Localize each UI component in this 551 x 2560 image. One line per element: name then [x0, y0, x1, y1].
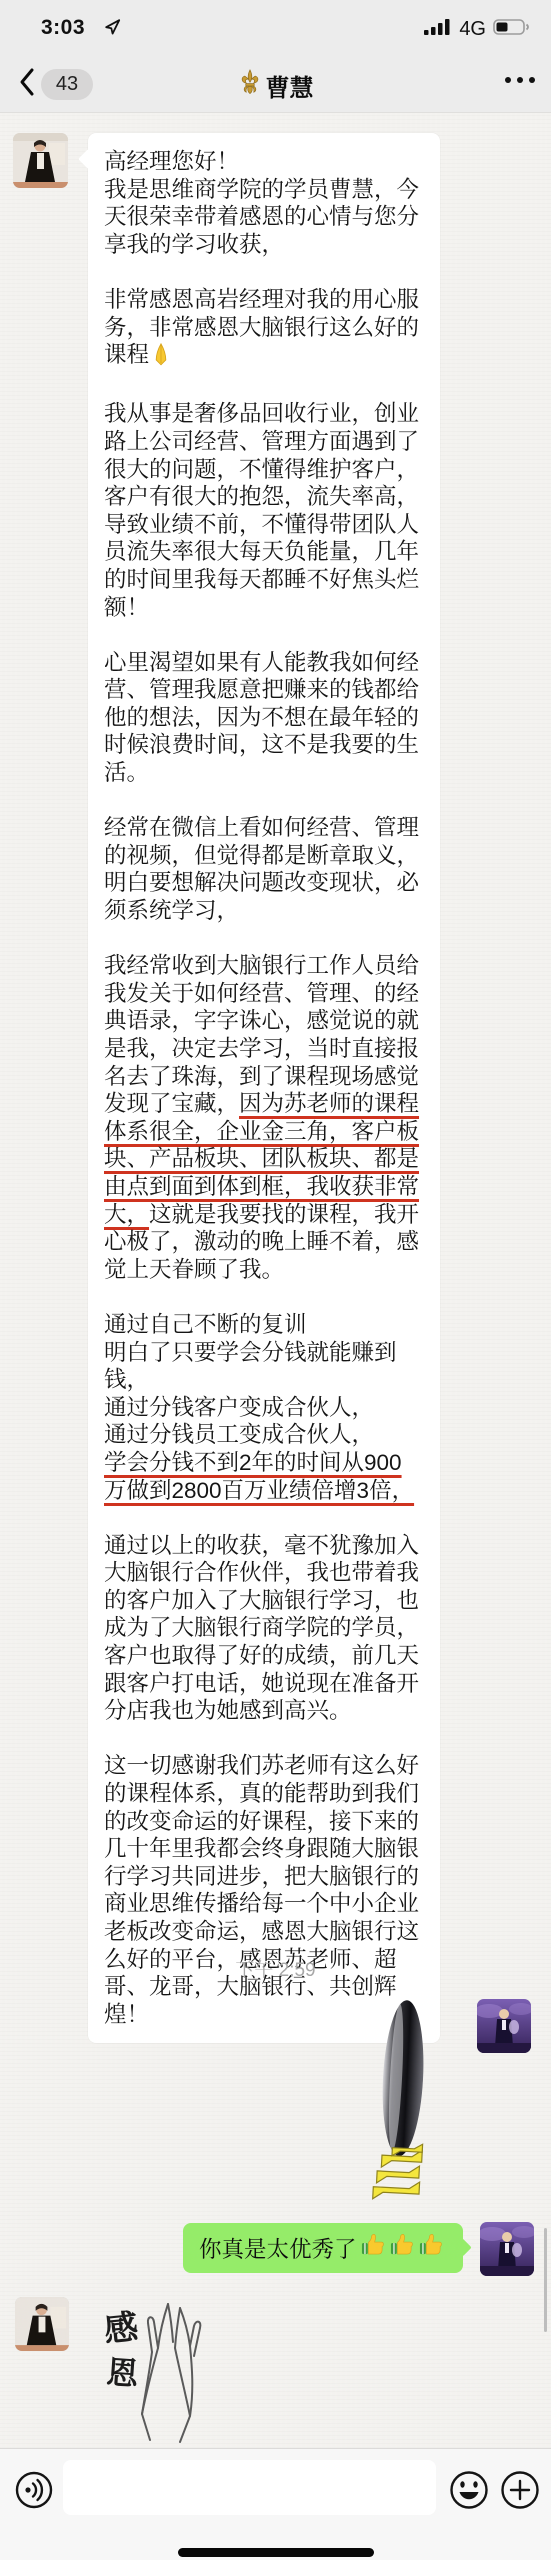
message-paragraph: 我经常收到大脑银行工作人员给我发关于如何经营、管理、的经典语录，字字诛心，感觉说…: [104, 952, 424, 1283]
contact-avatar[interactable]: [13, 133, 68, 188]
battery-icon: [493, 17, 533, 42]
thumbs-up-emoji: [418, 2232, 444, 2264]
message-paragraph: 通过以上的收获，毫不犹豫加入大脑银行合作伙伴，我也带着我的客户加入了大脑银行学习…: [104, 1532, 424, 1725]
status-bar: 3:03 4G: [0, 0, 551, 55]
message-paragraph: 心里渴望如果有人能教我如何经营、管理我愿意把赚来的钱都给他的想法，因为不想在最年…: [104, 649, 424, 787]
message-paragraph: 非常感恩高岩经理对我的用心服务，非常感恩大脑银行这么好的课程: [104, 286, 424, 373]
message-input[interactable]: [63, 2460, 436, 2515]
chat-area: 高经理您好！ 我是思维商学院的学员曹慧，今天很荣幸带着感恩的心情与您分享我的学习…: [0, 112, 551, 2448]
voice-button[interactable]: [14, 2470, 54, 2515]
self-avatar[interactable]: [480, 2222, 534, 2276]
pray-emoji: [149, 342, 173, 373]
location-arrow-icon: [104, 18, 122, 41]
message-paragraph: 高经理您好！ 我是思维商学院的学员曹慧，今天很荣幸带着感恩的心情与您分享我的学习…: [104, 148, 424, 258]
contact-avatar[interactable]: [15, 2297, 69, 2351]
sticker-calligraphy-char1: 感: [102, 2307, 140, 2350]
bubble-tail: [453, 2238, 471, 2256]
chat-title: 曹慧: [0, 68, 551, 103]
message-paragraph: 我从事是奢侈品回收行业，创业路上公司经营、管理方面遇到了很大的问题，不懂得维护客…: [104, 400, 424, 621]
input-bar: [0, 2448, 551, 2560]
incoming-message-bubble[interactable]: 高经理您好！ 我是思维商学院的学员曹慧，今天很荣幸带着感恩的心情与您分享我的学习…: [88, 133, 440, 2043]
emoji-icon[interactable]: [448, 2469, 490, 2516]
message-paragraph: 通过自己不断的复训 明白了只要学会分钱就能赚到钱， 通过分钱客户变成合伙人， 通…: [104, 1311, 424, 1504]
thumbs-up-emoji: [360, 2232, 386, 2264]
scrollbar-thumb[interactable]: [544, 2228, 547, 2332]
plus-button[interactable]: [499, 2469, 541, 2516]
home-indicator[interactable]: [178, 2548, 374, 2557]
time-separator: 下午 2:59: [0, 1955, 551, 1982]
red-underlined-text: 学会分钱不到2年的时间从900万做到2800百万业绩倍增3倍，: [104, 1450, 414, 1503]
outgoing-message-text: 你真是太优秀了: [199, 2232, 357, 2264]
outgoing-message-bubble[interactable]: 你真是太优秀了: [183, 2223, 463, 2273]
nav-bar: 43 曹慧: [0, 55, 551, 113]
svg-text:恩: 恩: [105, 2353, 141, 2393]
thumbs-up-emoji: [389, 2232, 415, 2264]
incoming-sticker-gratitude[interactable]: 感 恩: [90, 2298, 220, 2448]
self-avatar[interactable]: [477, 1999, 531, 2053]
wechat-chat-screen: 3:03 4G: [0, 0, 551, 2560]
bubble-tail: [78, 149, 98, 169]
message-paragraph: 经常在微信上看如何经营、管理的视频，但觉得都是断章取义，明白要想解决问题改变现状…: [104, 814, 424, 924]
message-paragraph: 这一切感谢我们苏老师有这么好的课程体系，真的能帮助到我们的改变命运的好课程，接下…: [104, 1752, 424, 2028]
fleur-de-lis-icon: [238, 69, 262, 102]
contact-name: 曹慧: [266, 68, 314, 103]
status-time: 3:03: [41, 16, 85, 40]
outgoing-sticker-coin-gold[interactable]: [345, 1998, 455, 2208]
network-type: 4G: [459, 18, 486, 41]
signal-icon: [424, 17, 452, 42]
more-button[interactable]: [505, 77, 535, 83]
